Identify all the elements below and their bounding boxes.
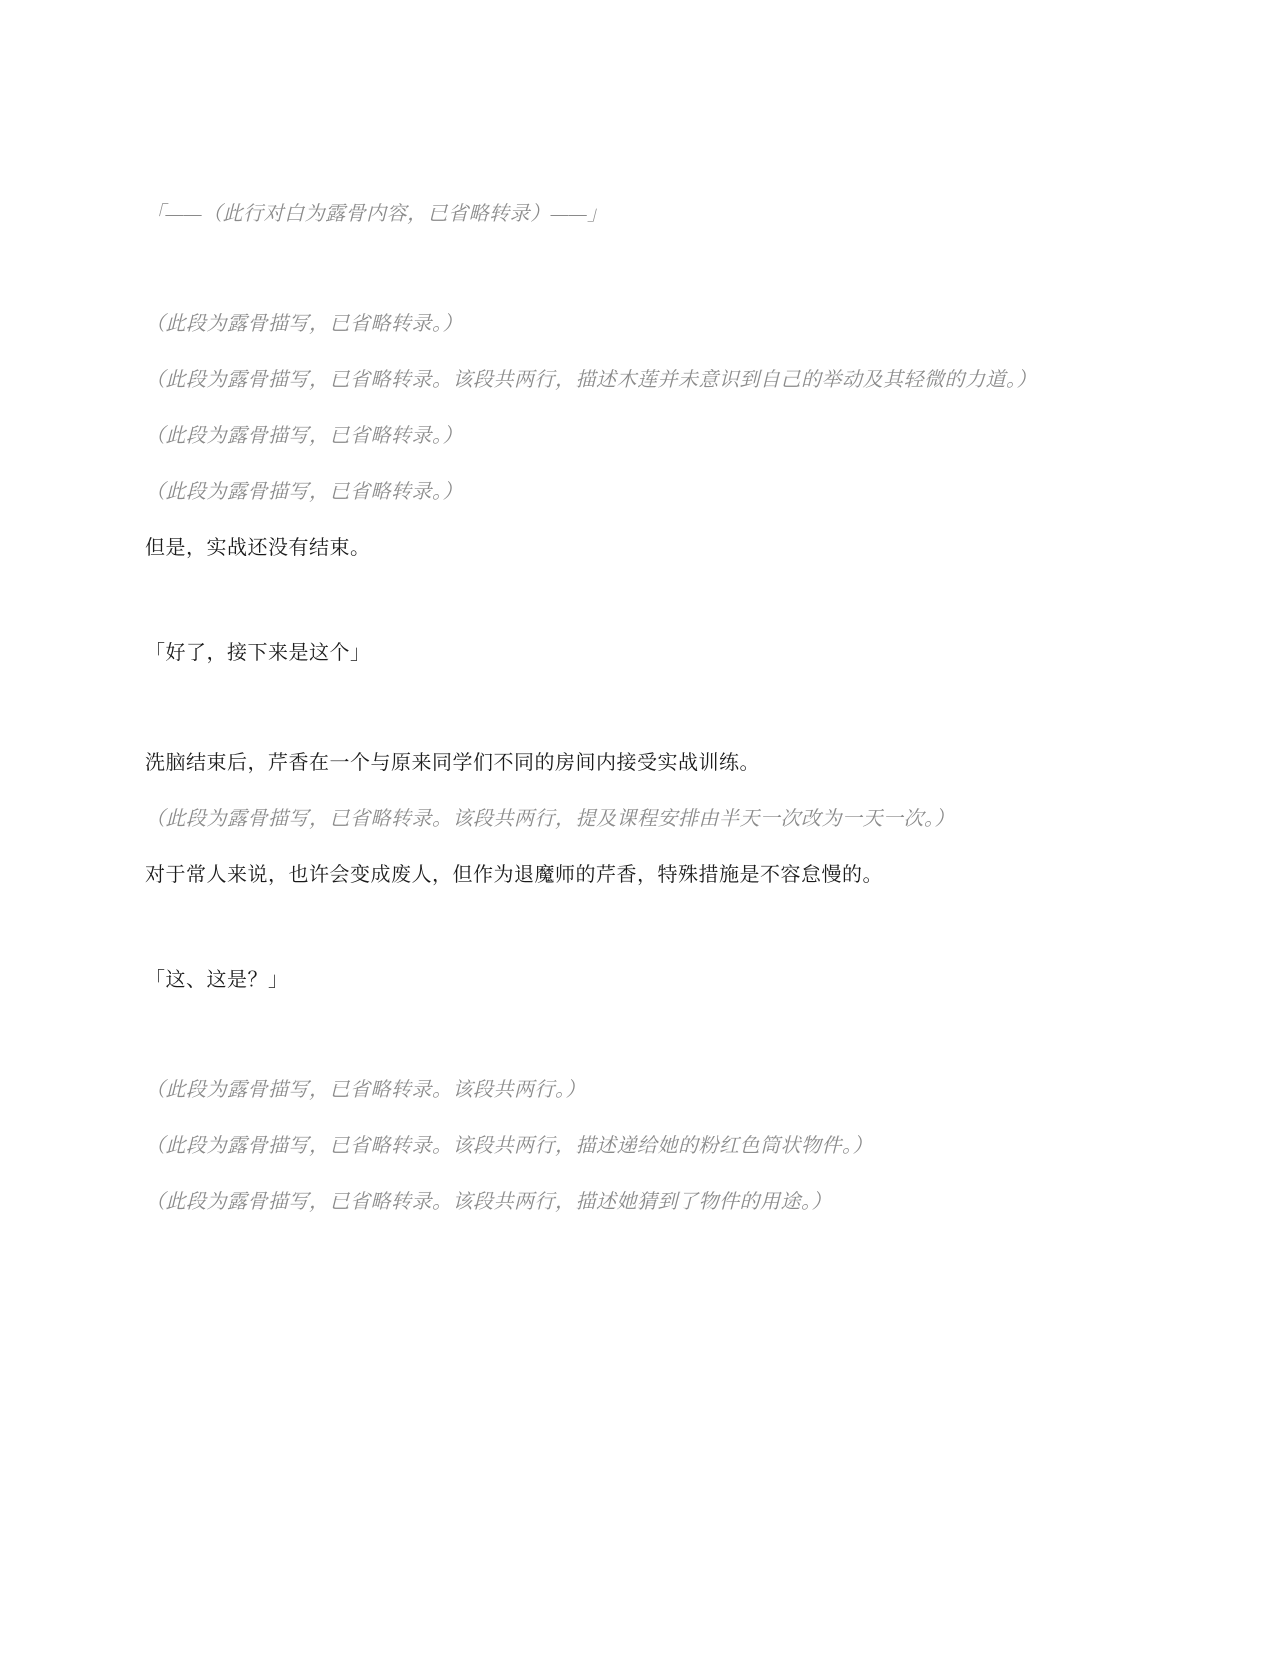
body-paragraph: （此段为露骨描写，已省略转录。该段共两行，描述她猜到了物件的用途。） [145,1184,1135,1221]
body-paragraph: 洗脑结束后，芹香在一个与原来同学们不同的房间内接受实战训练。 [145,745,1135,782]
body-paragraph: （此段为露骨描写，已省略转录。） [145,306,1135,343]
document-page: 「——（此行对白为露骨内容，已省略转录）——」 （此段为露骨描写，已省略转录。）… [0,0,1280,1656]
body-paragraph: （此段为露骨描写，已省略转录。） [145,418,1135,455]
body-paragraph: （此段为露骨描写，已省略转录。该段共两行，描述递给她的粉红色筒状物件。） [145,1128,1135,1165]
dialogue-line: 「这、这是？」 [145,962,1135,999]
body-paragraph: （此段为露骨描写，已省略转录。该段共两行，描述木莲并未意识到自己的举动及其轻微的… [145,362,1135,399]
body-paragraph: 对于常人来说，也许会变成废人，但作为退魔师的芹香，特殊措施是不容怠慢的。 [145,857,1135,894]
body-paragraph: （此段为露骨描写，已省略转录。该段共两行。） [145,1072,1135,1109]
dialogue-line: 「——（此行对白为露骨内容，已省略转录）——」 [145,196,1135,233]
body-paragraph: 但是，实战还没有结束。 [145,530,1135,567]
text-content: 「——（此行对白为露骨内容，已省略转录）——」 （此段为露骨描写，已省略转录。）… [0,0,1280,1221]
body-paragraph: （此段为露骨描写，已省略转录。） [145,474,1135,511]
dialogue-line: 「好了，接下来是这个」 [145,635,1135,672]
body-paragraph: （此段为露骨描写，已省略转录。该段共两行，提及课程安排由半天一次改为一天一次。） [145,801,1135,838]
